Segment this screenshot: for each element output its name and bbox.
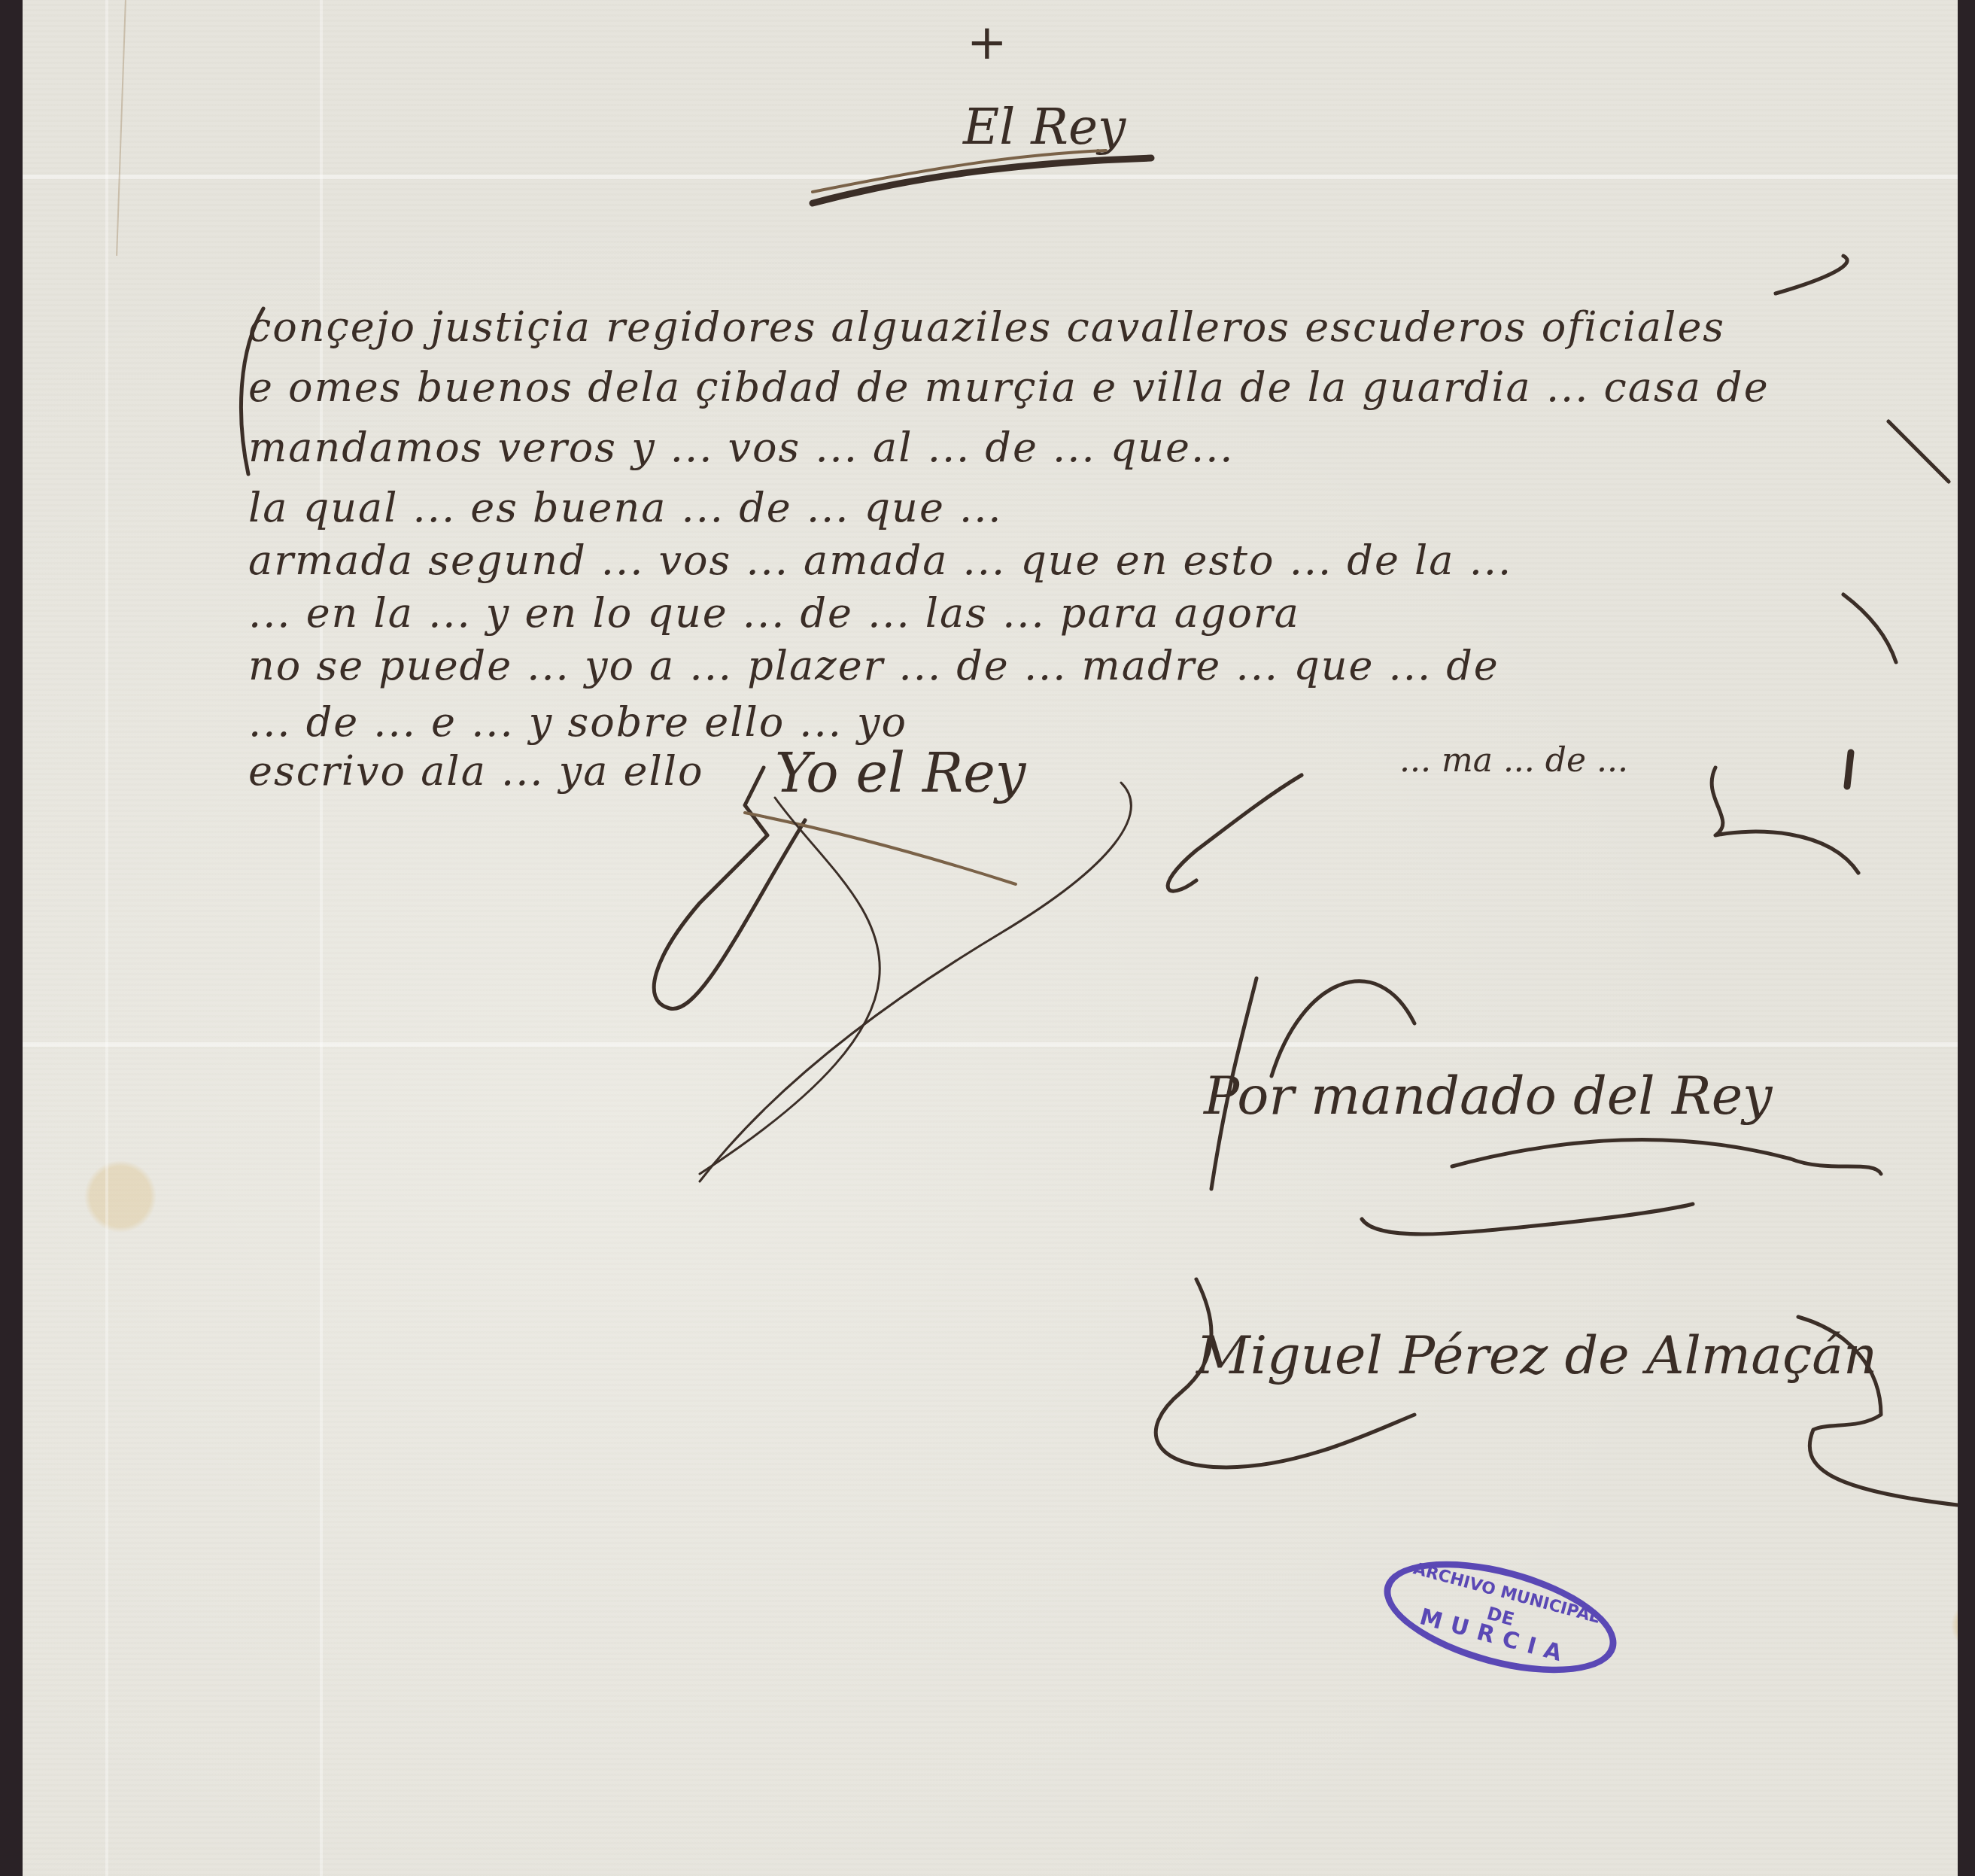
ink-flourishes bbox=[23, 0, 1958, 1876]
manuscript-page: + El Rey conçejo justiçia regidores algu… bbox=[23, 0, 1958, 1876]
